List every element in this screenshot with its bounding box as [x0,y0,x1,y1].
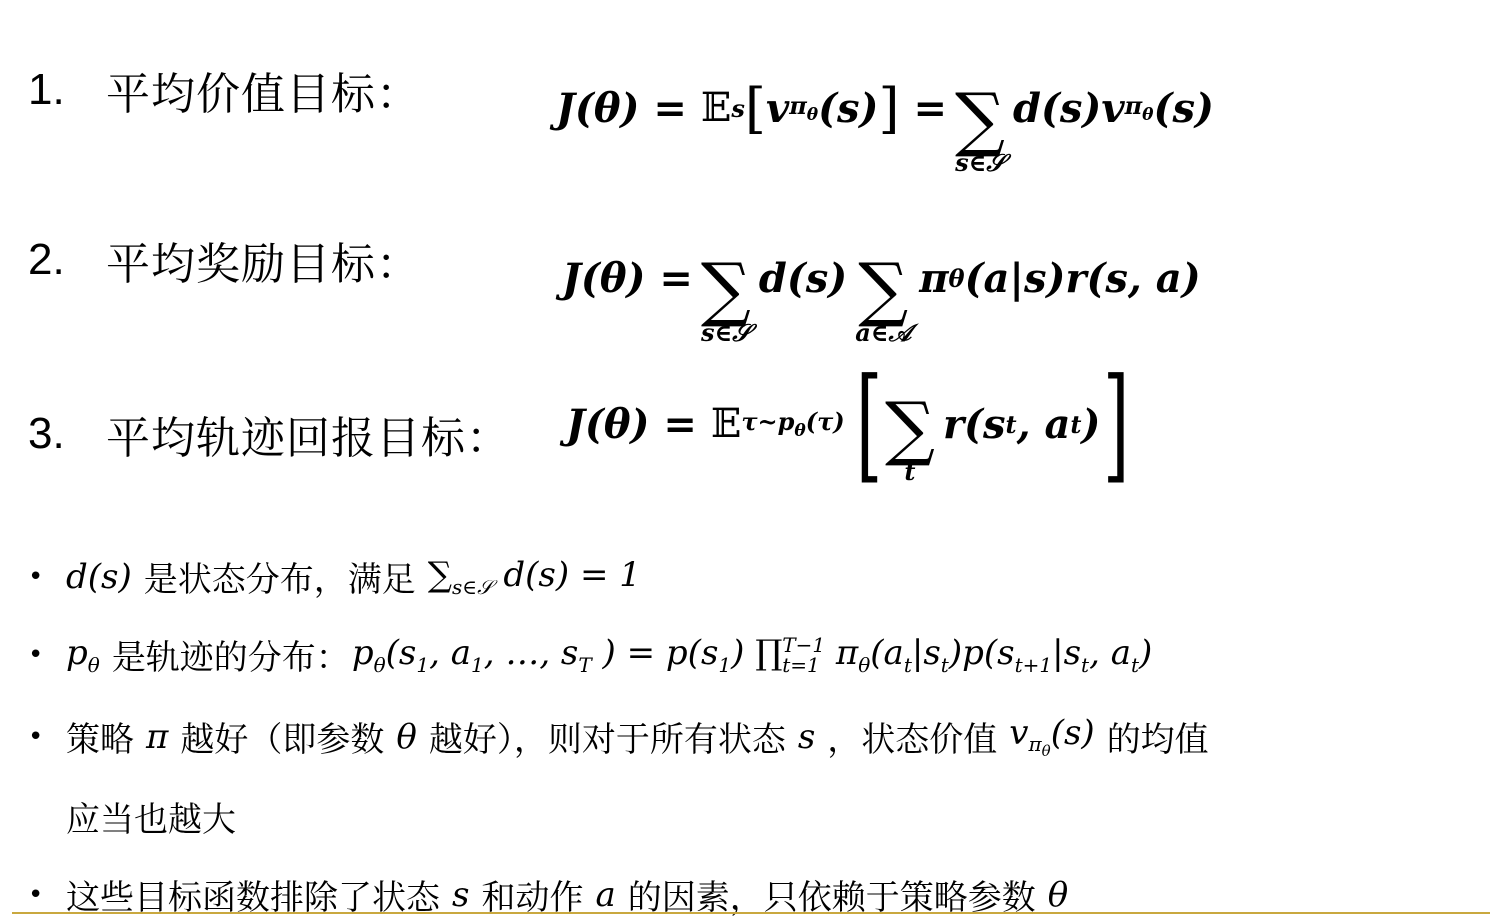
bullet-marker: • [28,880,66,910]
sum-limit: t [904,459,915,485]
math-inline: ∑s∈𝒮 d(s) = 1 [428,555,641,599]
eq-sub: t [1070,410,1081,439]
eq-sub: s [731,94,745,123]
math-sub: t+1 [1015,652,1053,676]
bullet-marker: • [28,640,66,670]
math-sub: 1 [718,652,731,676]
math-inline: s [798,717,815,757]
sigma-icon: ∑ [428,555,452,595]
expectation-symbol: 𝔼 [711,401,742,447]
math-sub: t [904,652,912,676]
math-sub: θ [374,652,386,676]
eq-term: d(s) [759,255,847,302]
bullet-marker: • [28,722,66,752]
objective-2: 2. 平均奖励目标： [28,228,421,292]
eq-equals: = [914,85,948,132]
math-inline: θ [396,717,416,757]
math-inline: a [595,875,615,915]
eq-term: d(s)v [1013,85,1125,132]
eq-subsub: θ [807,105,818,125]
bullet-text: 是轨迹的分布： [112,630,350,679]
sum-operator: ∑ s∈𝒮 [955,84,1005,176]
math-term: v [1009,713,1028,753]
bullet-trajectory-distribution: • pθ 是轨迹的分布： pθ(s1, a1, …, sT ) = p(s1) … [28,630,1164,679]
equation-trajectory-return: J(θ) = 𝔼τ~pθ(τ) [ ∑ t r(st, at) ] [566,362,1141,486]
math-term: d(s) = 1 [503,555,640,595]
eq-term: π [919,255,948,302]
math-inline: d(s) [66,557,132,597]
eq-sub: π [789,91,807,120]
bullet-text: ，状态价值 [827,712,997,761]
eq-term: (s) [1154,85,1214,132]
math-term: |s [912,633,941,673]
objective-1: 1. 平均价值目标： [28,58,421,122]
sigma-icon: ∑ [885,393,935,463]
math-inline: s [452,875,469,915]
math-sub: t=1 [782,655,825,675]
objective-3: 3. 平均轨迹回报目标： [28,402,511,466]
math-term: (s) [1051,713,1095,753]
math-inline: θ [1048,875,1068,915]
eq-subsub: θ [1142,105,1153,125]
math-sub: π [1029,732,1042,756]
eq-sub: π [1125,91,1143,120]
math-inline: π [146,717,168,757]
math-sub: t [941,652,949,676]
sigma-icon: ∑ [955,84,1005,154]
math-term: p [66,633,88,673]
bullet-marker: • [28,562,66,592]
bullet-text: 是状态分布，满足 [144,552,416,601]
math-inline: pθ [66,633,100,677]
slide: 1. 平均价值目标： J(θ) = 𝔼s [ vπθ(s) ] = ∑ s∈𝒮 … [0,0,1490,916]
sum-limit: a∈𝒜 [855,320,911,346]
bullet-text: 越好（即参数 [180,712,384,761]
math-sub: 1 [471,652,484,676]
math-sub: 1 [416,652,429,676]
eq-term: r(s [943,401,1006,448]
expectation-symbol: 𝔼 [701,85,732,131]
equation-average-value: J(θ) = 𝔼s [ vπθ(s) ] = ∑ s∈𝒮 d(s)vπθ(s) [556,40,1214,176]
math-term: ) = p(s [592,633,719,673]
eq-term: ) [1081,401,1100,448]
objective-label: 平均轨迹回报目标： [106,402,511,466]
eq-lhs: J(θ) = [566,401,697,448]
equation-average-reward: J(θ) = ∑ s∈𝒮 d(s) ∑ a∈𝒜 πθ(a|s)r(s, a) [562,210,1201,346]
eq-sub: t [1006,410,1017,439]
objective-label: 平均奖励目标： [106,228,421,292]
bullet-text: 这些目标函数排除了状态 [66,870,440,916]
math-sub: s∈𝒮 [452,574,493,598]
eq-term: v [766,85,789,132]
math-term: (s [386,633,417,673]
bullet-objective-independence: • 这些目标函数排除了状态 s 和动作 a 的因素，只依赖于策略参数 θ [28,870,1080,916]
bullet-text: 策略 [66,712,134,761]
math-sub: t [1131,652,1139,676]
objective-number: 2. [28,235,106,285]
bullet-text: 和动作 [481,870,583,916]
eq-sub: τ~p [741,407,794,436]
math-sub: T [578,652,591,676]
math-sup: T−1 [782,635,825,655]
bracket-close: ] [1103,362,1130,486]
eq-sub: θ [949,264,965,293]
bracket-open: [ [745,77,766,140]
bullet-continuation: 应当也越大 [66,792,236,841]
eq-sub: (τ) [806,407,845,436]
bullet-text: 越好），则对于所有状态 [429,712,786,761]
trajectory-formula: pθ(s1, a1, …, sT ) = p(s1) ∏T−1t=1 πθ(at… [352,633,1152,677]
math-term: , …, s [484,633,579,673]
objective-label: 平均价值目标： [106,58,421,122]
sum-operator: ∑ t [885,393,935,485]
math-term: )p(s [949,633,1015,673]
sum-limit: s∈𝒮 [701,320,751,346]
eq-subsub: θ [794,421,805,441]
math-term: |s [1052,633,1081,673]
sum-operator: ∑ a∈𝒜 [855,254,911,346]
eq-term: (a|s)r(s, a) [965,255,1201,302]
bullet-better-policy: • 策略 π 越好（即参数 θ 越好），则对于所有状态 s ，状态价值 vπθ(… [28,712,1209,761]
footer-divider [12,912,1490,914]
sigma-icon: ∑ [858,254,908,324]
math-term: , a [429,633,471,673]
math-term: , a [1089,633,1131,673]
bullet-state-distribution: • d(s) 是状态分布，满足 ∑s∈𝒮 d(s) = 1 [28,552,653,601]
eq-lhs: J(θ) = [562,255,693,302]
math-term: π [825,633,858,673]
bracket-close: ] [878,77,899,140]
math-inline: vπθ(s) [1009,713,1094,761]
math-sub: t [1081,652,1089,676]
objective-number: 1. [28,65,106,115]
eq-lhs: J(θ) = [556,85,687,132]
sum-operator: ∑ s∈𝒮 [701,254,751,346]
eq-term: (s) [818,85,878,132]
bullet-text: 的因素，只依赖于策略参数 [628,870,1036,916]
eq-term: , a [1017,401,1071,448]
sum-limit: s∈𝒮 [955,150,1005,176]
product-icon: ) ∏ [731,633,782,673]
math-term: (a [870,633,904,673]
bracket-open: [ [855,362,882,486]
product-limits: T−1t=1 [782,635,825,675]
math-term: ) [1139,633,1152,673]
math-subsub: θ [1042,742,1051,760]
sigma-icon: ∑ [701,254,751,324]
math-sub: θ [858,652,870,676]
objective-number: 3. [28,409,106,459]
bullet-text: 的均值 [1107,712,1209,761]
math-sub: θ [88,652,100,676]
math-term: p [352,633,374,673]
